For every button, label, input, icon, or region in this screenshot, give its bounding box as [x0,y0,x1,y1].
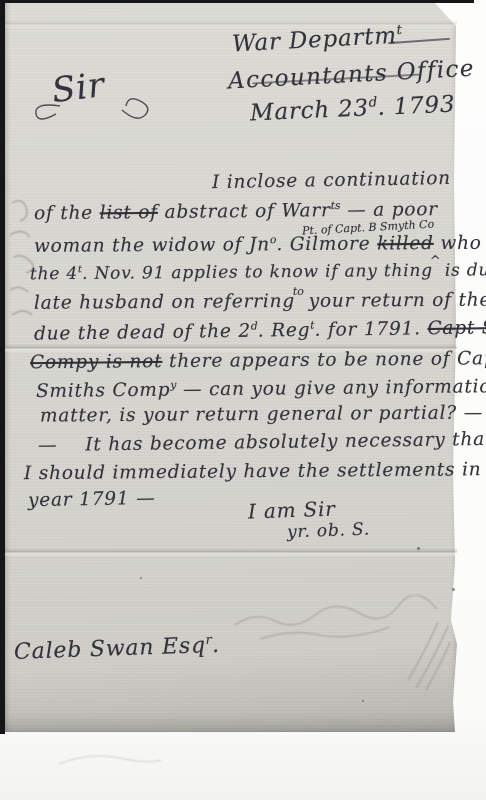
text-segment: your return of the pay [302,289,486,312]
text-segment: the 4 [30,264,78,284]
text-segment: Smiths Comp [36,380,171,402]
text-segment: . Gilmore [276,233,377,255]
text-segment: . 1793 [377,92,456,121]
text-segment: late husband on referring [34,291,295,314]
text-segment: abstract of Warr [158,200,331,223]
scan-edge-top [0,0,474,3]
text-segment: . [212,633,221,658]
closing-i-am-sir: I am Sir [248,496,336,523]
body-line-9: matter, is your return general or partia… [40,402,483,426]
salutation-flourish [26,72,156,132]
dust-speck [362,700,364,702]
struck-text: Compy is not [30,351,163,373]
superscript: t [396,23,402,38]
pencil-mark-bottom [55,748,165,772]
dust-speck [417,547,420,550]
text-segment: is due to her [439,260,486,281]
body-line-11: I should immediately have the settlement… [24,459,486,484]
scan-edge-left [0,0,5,734]
text-segment: . Nov. 91 applies to know if any thing [82,261,433,284]
fold-crease-lower [5,548,457,557]
ink-bleedthrough-right [400,560,456,700]
text-segment: — can you give any information in this [176,375,486,400]
text-segment: . Reg [258,320,311,342]
insertion-caret: ^ [430,254,442,269]
dust-speck [140,577,142,579]
superscript: ts [331,199,341,212]
text-segment: March 23 [250,95,370,126]
text-segment: — [38,435,58,456]
body-line-1: I inclose a continuation [212,168,451,193]
body-line-3: woman the widow of Jno. Gilmore killed w… [34,231,486,257]
text-segment: of the [34,203,100,225]
body-line-4: the 4t. Nov. 91 applies to know if any t… [30,260,486,285]
body-line-5: late husband on referringto your return … [34,289,486,313]
body-line-7: Compy is not there appears to be none of… [30,347,486,373]
text-segment: woman the widow of Jn [34,234,270,257]
struck-text: list of [100,202,158,224]
text-segment: who was [434,232,486,254]
text-segment: . for 1791. [314,318,427,341]
text-segment: due the dead of the 2 [34,321,251,345]
dust-speck [452,588,455,591]
text-segment: there appears to be none of Cap [162,348,486,372]
closing-yr-ob-s: yr. ob. S. [287,520,371,543]
struck-text: Capt Smith [427,317,486,340]
body-line-12: year 1791 — [28,488,156,511]
struck-text: killed [377,233,434,254]
body-line-8: Smiths Compy — can you give any informat… [36,374,486,402]
scanned-letter-page: War Departmt Accountants Office March 23… [0,0,486,800]
interline-insertion: to [293,285,304,298]
